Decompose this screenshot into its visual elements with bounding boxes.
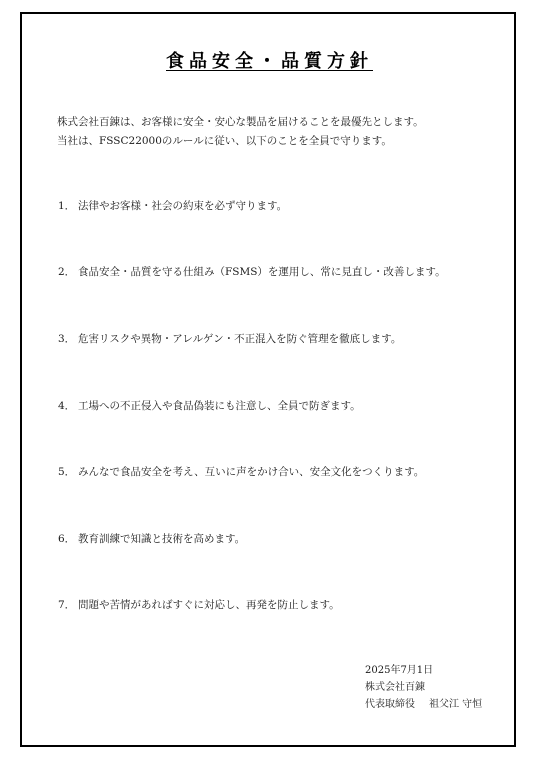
- policy-text: みんなで食品安全を考え、互いに声をかけ合い、安全文化をつくります。: [78, 466, 424, 478]
- intro-paragraph: 株式会社百錬は、お客様に安全・安心な製品を届けることを最優先とします。 当社は、…: [57, 113, 424, 151]
- policy-number: 7．: [58, 598, 78, 612]
- title-text: 食品安全・品質方針: [161, 51, 373, 72]
- policy-text: 法律やお客様・社会の約束を必ず守ります。: [78, 200, 287, 212]
- intro-line-1: 株式会社百錬は、お客様に安全・安心な製品を届けることを最優先とします。: [57, 113, 424, 132]
- signature-position: 代表取締役: [365, 699, 415, 710]
- policy-number: 5．: [58, 465, 78, 479]
- policy-text: 教育訓練で知識と技術を高めます。: [78, 533, 245, 545]
- document-title: 食品安全・品質方針: [0, 50, 534, 74]
- policy-text: 問題や苦情があればすぐに対応し、再発を防止します。: [78, 599, 340, 611]
- policy-text: 危害リスクや異物・アレルゲン・不正混入を防ぐ管理を徹底します。: [78, 333, 401, 345]
- policy-item-5: 5．みんなで食品安全を考え、互いに声をかけ合い、安全文化をつくります。: [58, 465, 424, 479]
- policy-item-4: 4．工場への不正侵入や食品偽装にも注意し、全員で防ぎます。: [58, 399, 361, 413]
- policy-text: 工場への不正侵入や食品偽装にも注意し、全員で防ぎます。: [78, 400, 361, 412]
- policy-number: 1．: [58, 199, 78, 213]
- policy-number: 2．: [58, 265, 78, 279]
- intro-line-2: 当社は、FSSC22000のルールに従い、以下のことを全員で守ります。: [57, 132, 424, 151]
- policy-item-6: 6．教育訓練で知識と技術を高めます。: [58, 532, 245, 546]
- signature-block: 2025年7月1日 株式会社百錬 代表取締役祖父江 守恒: [365, 662, 482, 713]
- policy-number: 3．: [58, 332, 78, 346]
- policy-item-7: 7．問題や苦情があればすぐに対応し、再発を防止します。: [58, 598, 340, 612]
- policy-item-2: 2．食品安全・品質を守る仕組み（FSMS）を運用し、常に見直し・改善します。: [58, 265, 446, 279]
- signature-representative: 代表取締役祖父江 守恒: [365, 696, 482, 713]
- policy-number: 4．: [58, 399, 78, 413]
- signature-date: 2025年7月1日: [365, 662, 482, 679]
- policy-item-1: 1．法律やお客様・社会の約束を必ず守ります。: [58, 199, 287, 213]
- signature-name: 祖父江 守恒: [429, 699, 482, 710]
- policy-text: 食品安全・品質を守る仕組み（FSMS）を運用し、常に見直し・改善します。: [78, 266, 446, 278]
- policy-number: 6．: [58, 532, 78, 546]
- policy-item-3: 3．危害リスクや異物・アレルゲン・不正混入を防ぐ管理を徹底します。: [58, 332, 401, 346]
- signature-company: 株式会社百錬: [365, 679, 482, 696]
